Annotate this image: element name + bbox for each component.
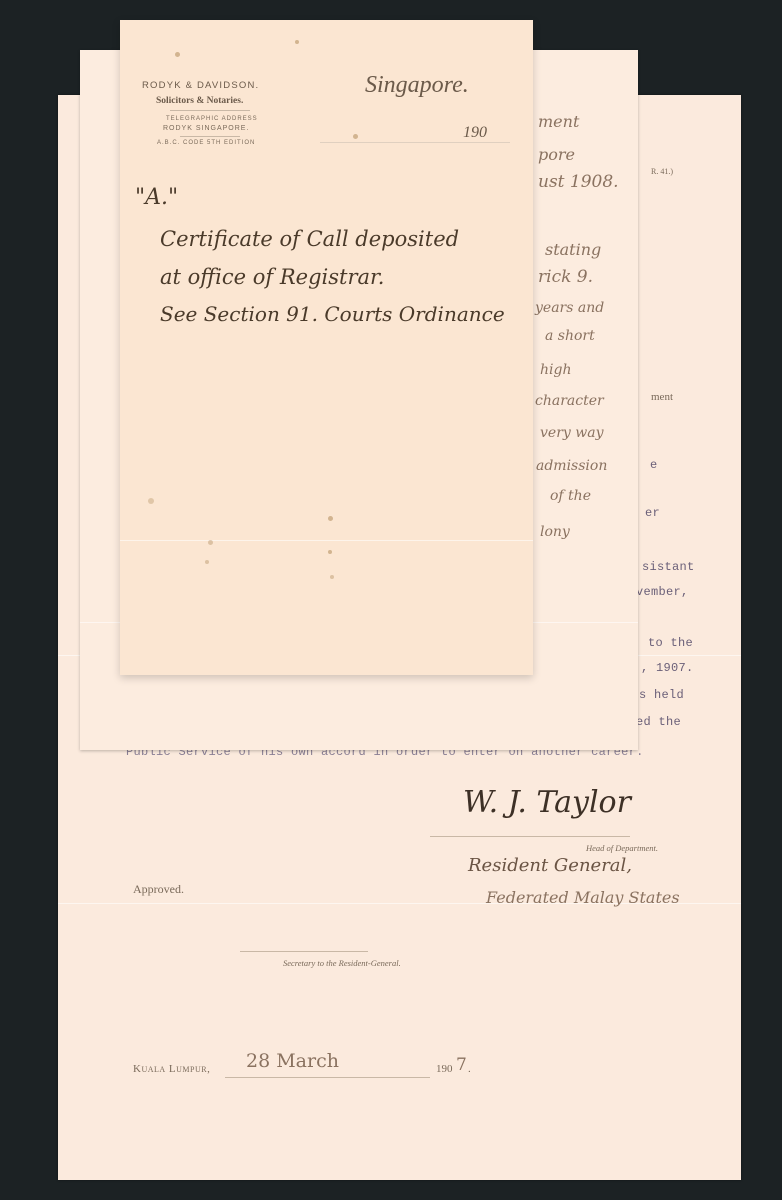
secretary-line — [240, 951, 368, 952]
signature-line — [430, 836, 630, 837]
foxing-spot — [295, 40, 299, 44]
telegraphic-label: TELEGRAPHIC ADDRESS — [166, 116, 258, 122]
letter-fragment: stating — [545, 240, 601, 259]
enclosure-mark: "A." — [135, 185, 178, 210]
typed-fragment: vember, — [636, 585, 689, 599]
foxing-spot — [330, 575, 334, 579]
letter-fragment: admission — [536, 458, 607, 474]
letterhead-note: RODYK & DAVIDSON. Solicitors & Notaries.… — [120, 20, 533, 675]
foxing-spot — [175, 52, 180, 57]
foxing-spot — [353, 134, 358, 139]
letter-fragment: high — [540, 362, 571, 378]
letter-fragment: lony — [540, 524, 570, 540]
firm-subtitle: Solicitors & Notaries. — [156, 96, 243, 106]
typed-fragment: ed the — [636, 715, 681, 729]
year-prefix: 190 — [463, 124, 487, 142]
foxing-spot — [208, 540, 213, 545]
foxing-spot — [205, 560, 209, 564]
letter-fragment: rick 9. — [538, 267, 593, 287]
letter-fragment: character — [535, 393, 604, 409]
letter-fragment: ment — [538, 112, 579, 131]
letter-fragment: a short — [545, 328, 595, 344]
note-line: at office of Registrar. — [160, 265, 384, 289]
form-code: R. 41.) — [651, 167, 673, 176]
date-handwritten: 28 March — [246, 1050, 339, 1072]
typed-fragment: e — [650, 458, 658, 472]
typed-fragment: s held — [639, 688, 684, 702]
signature: W. J. Taylor — [463, 785, 631, 820]
date-line — [225, 1077, 430, 1078]
year-handwritten: 7 — [456, 1055, 467, 1075]
form-fragment: ment — [651, 391, 673, 403]
note-line: See Section 91. Courts Ordinance — [160, 302, 505, 326]
secretary-caption: Secretary to the Resident-General. — [283, 958, 401, 968]
handwritten-title: Resident General, — [468, 855, 632, 876]
typed-fragment: , 1907. — [641, 661, 694, 675]
foxing-spot — [148, 498, 154, 504]
typed-fragment: sistant — [642, 560, 695, 574]
city-heading: Singapore. — [365, 72, 469, 99]
signature-caption: Head of Department. — [586, 843, 658, 853]
place-label: Kuala Lumpur, — [133, 1063, 210, 1075]
letter-fragment: years and — [535, 300, 604, 316]
letter-fragment: ust 1908. — [538, 172, 619, 192]
typed-fragment: er — [645, 506, 660, 520]
note-line: Certificate of Call deposited — [160, 227, 459, 251]
typed-fragment: to the — [648, 636, 693, 650]
date-line — [320, 142, 510, 143]
letter-fragment: very way — [540, 425, 604, 441]
foxing-spot — [328, 516, 333, 521]
letterhead-rule — [180, 136, 240, 137]
telegraphic-address: RODYK SINGAPORE. — [163, 125, 249, 132]
foxing-spot — [328, 550, 332, 554]
letterhead-rule — [170, 110, 250, 111]
code-line: A.B.C. CODE 5TH EDITION — [157, 140, 255, 146]
handwritten-title: Federated Malay States — [486, 888, 680, 907]
approved-label: Approved. — [133, 882, 184, 897]
fold-line — [120, 540, 533, 541]
letter-fragment: of the — [550, 488, 591, 504]
letter-fragment: pore — [538, 145, 575, 164]
firm-name: RODYK & DAVIDSON. — [142, 80, 259, 91]
year-period: . — [468, 1063, 471, 1075]
year-printed: 190 — [436, 1063, 453, 1075]
